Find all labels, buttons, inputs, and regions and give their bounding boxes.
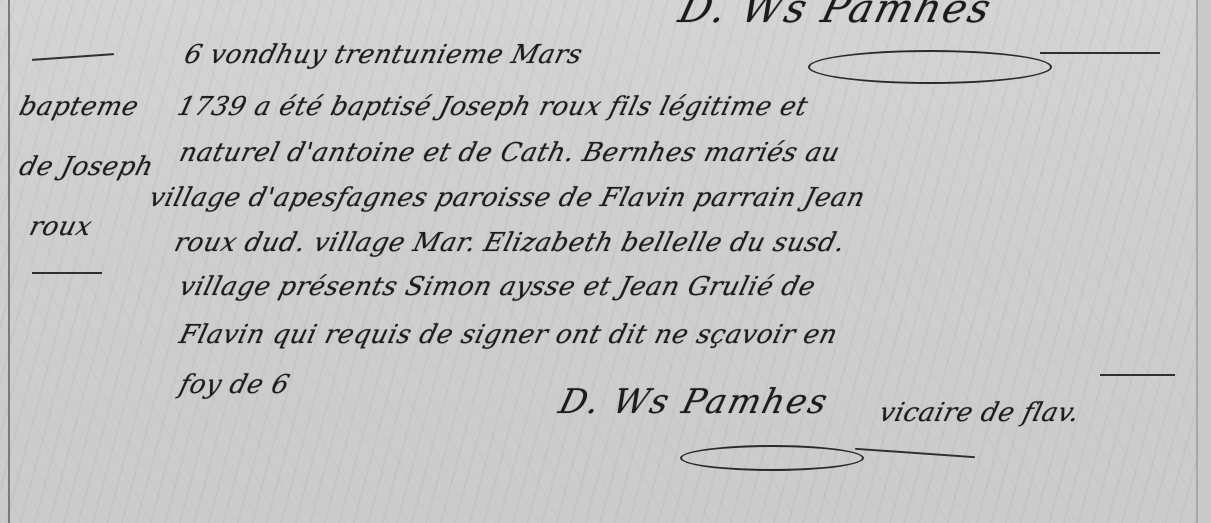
margin-note-line-2: de Joseph bbox=[16, 152, 156, 182]
margin-top-rule bbox=[32, 53, 114, 61]
body-line-6: village présents Simon aysse et Jean Gru… bbox=[176, 272, 819, 302]
body-line-3: naturel d'antoine et de Cath. Bernhes ma… bbox=[176, 138, 843, 168]
body-line-8: foy de 6 bbox=[176, 370, 293, 400]
footer-signature: D. Ws Pamhes bbox=[555, 382, 833, 422]
body-line-5: roux dud. village Mar. Elizabeth bellell… bbox=[171, 228, 848, 258]
page-edge bbox=[1196, 0, 1198, 523]
margin-bottom-rule bbox=[32, 272, 102, 274]
register-page: D. Ws Pamhes bapteme de Joseph roux 6 vo… bbox=[0, 0, 1198, 523]
margin-note-line-3: roux bbox=[26, 212, 95, 242]
margin-rule bbox=[8, 0, 10, 523]
header-flourish-tail bbox=[1040, 52, 1160, 54]
body-line-7: Flavin qui requis de signer ont dit ne s… bbox=[176, 320, 840, 350]
margin-note-line-1: bapteme bbox=[16, 92, 142, 122]
body-line-1: 6 vondhuy trentunieme Mars bbox=[181, 40, 585, 70]
footer-signature-flourish bbox=[680, 445, 864, 471]
header-signature-flourish bbox=[808, 50, 1052, 84]
header-signature: D. Ws Pamhes bbox=[674, 0, 997, 32]
footer-flourish-tail bbox=[855, 448, 975, 458]
line-fill-stroke bbox=[1100, 374, 1175, 376]
footer-title: vicaire de flav. bbox=[876, 398, 1083, 428]
body-line-2: 1739 a été baptisé Joseph roux fils légi… bbox=[174, 92, 811, 122]
body-line-4: village d'apesfagnes paroisse de Flavin … bbox=[146, 183, 868, 213]
